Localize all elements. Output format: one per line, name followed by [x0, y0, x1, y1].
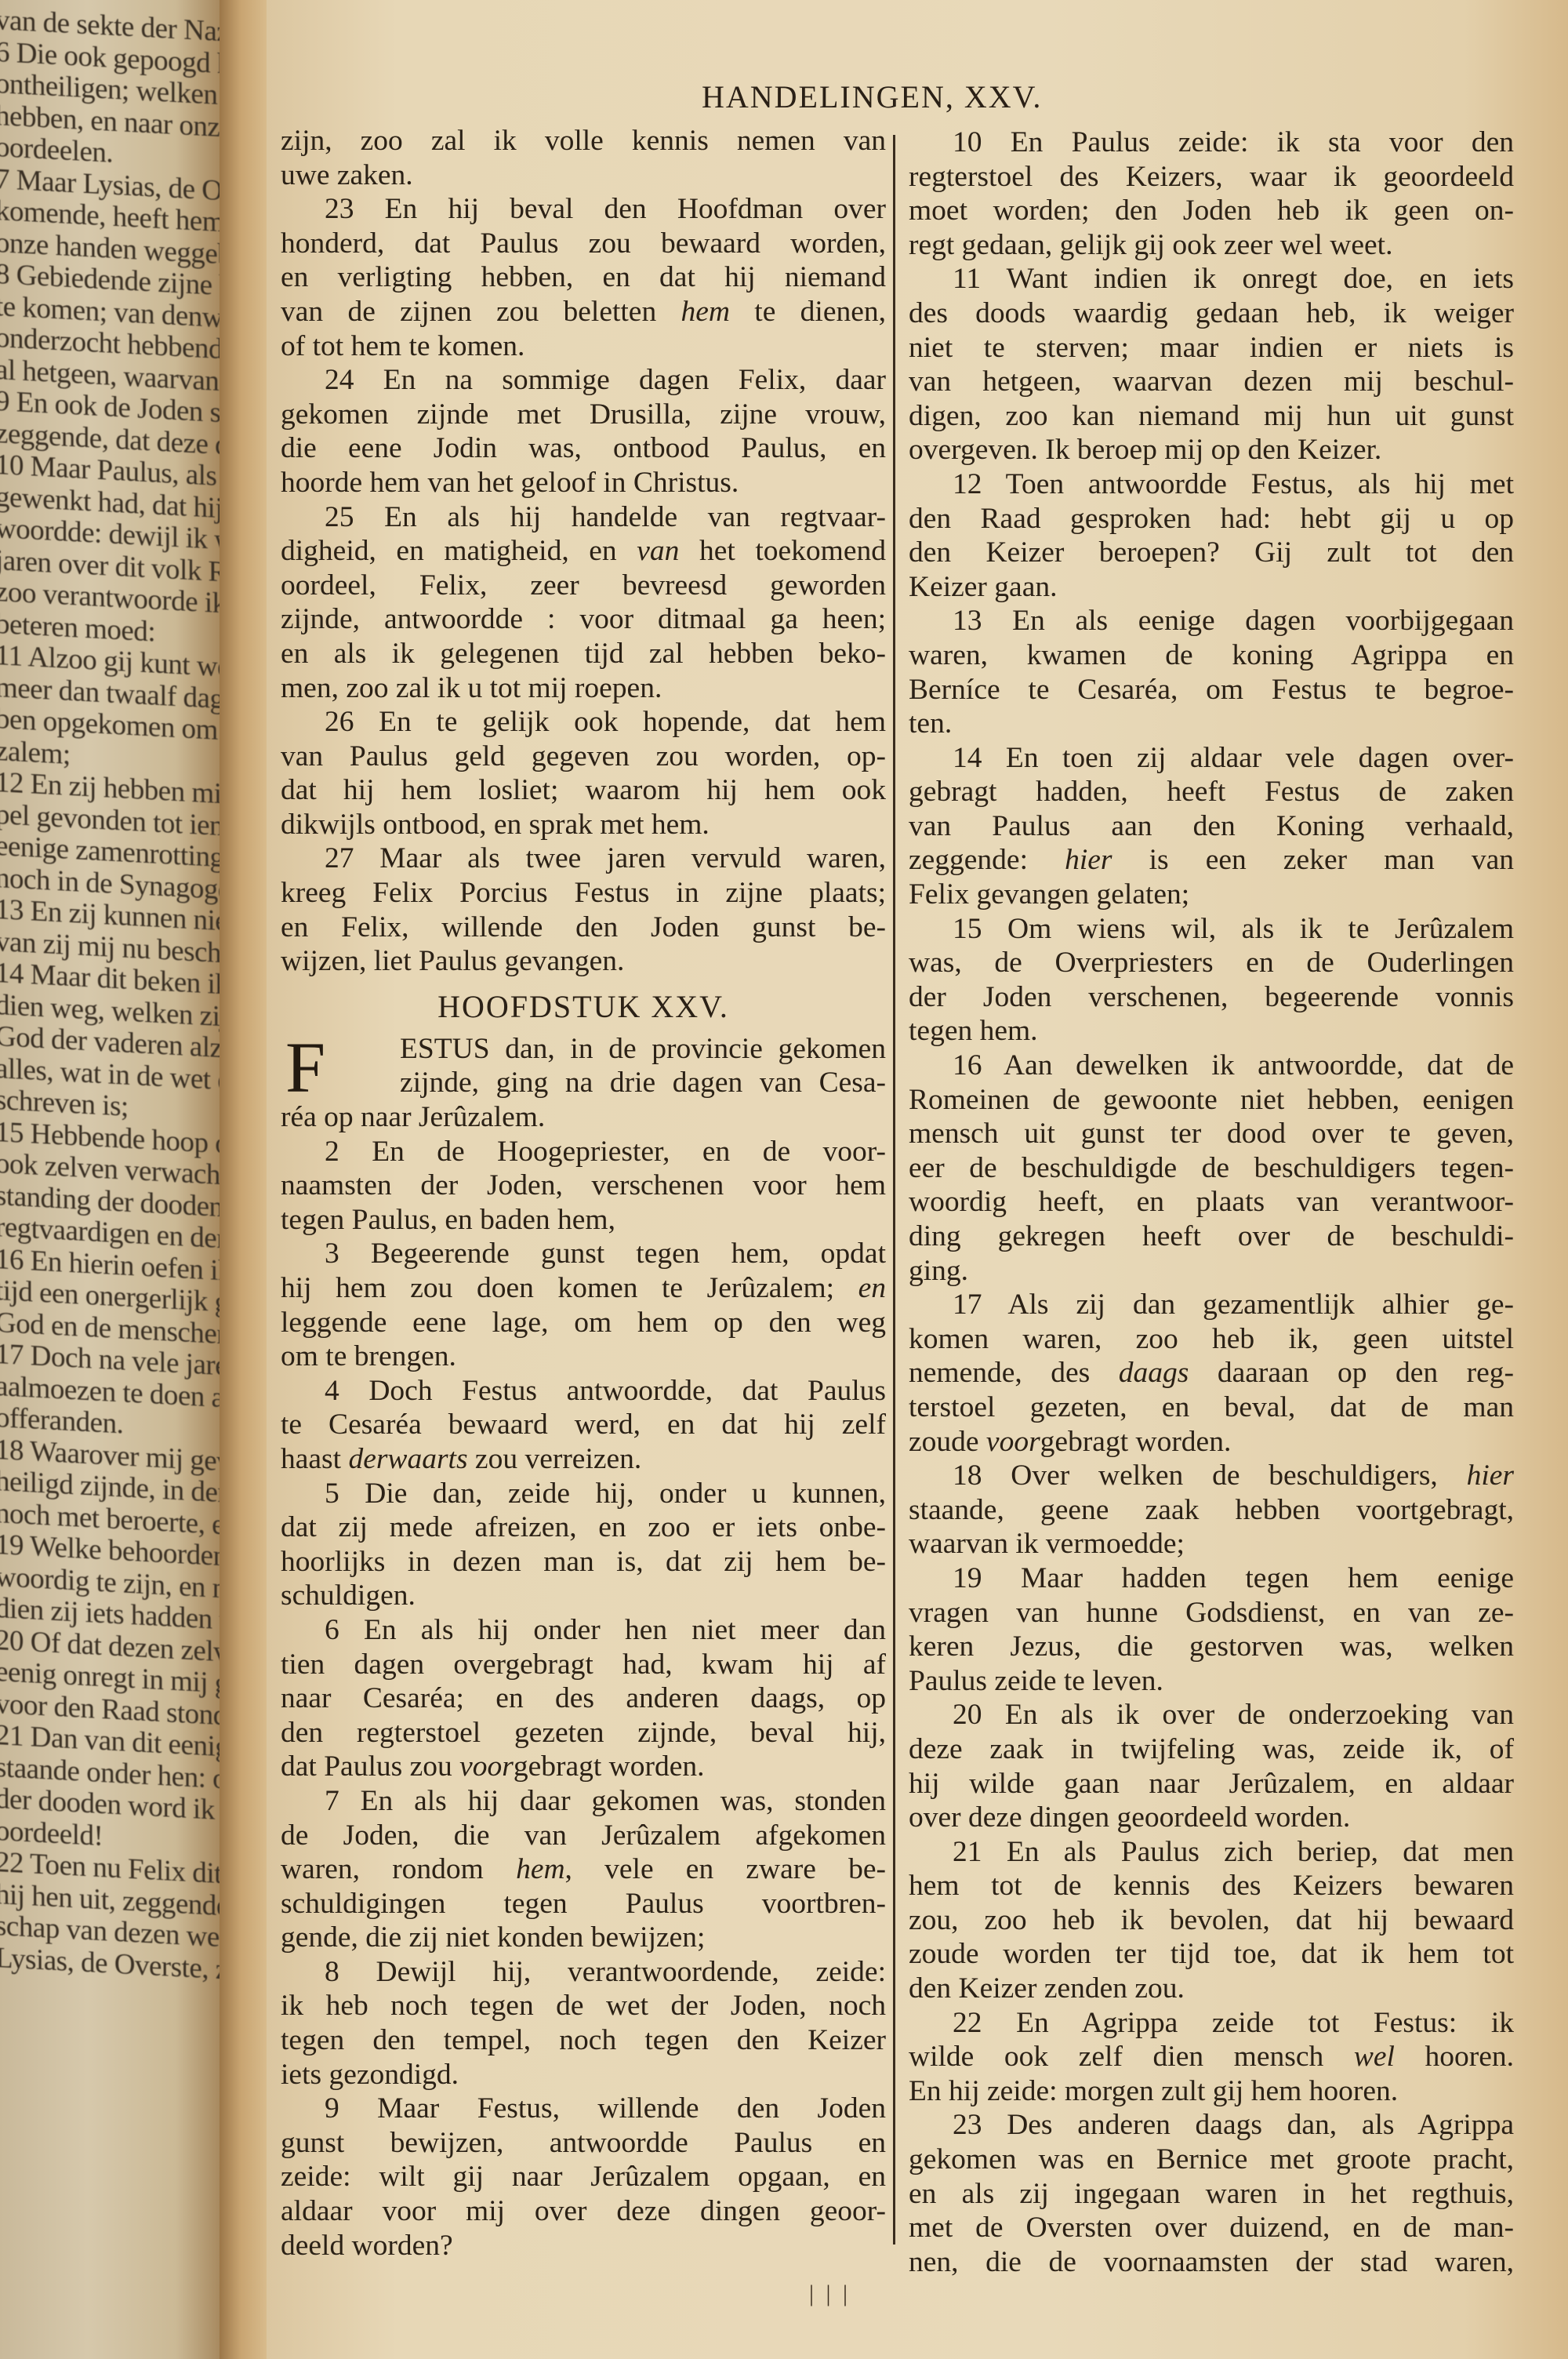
- text-line: 10 En Paulus zeide: ik sta voor den: [909, 125, 1514, 160]
- chapter-verses: ESTUS dan, in de provincie gekomenzijnde…: [281, 1032, 886, 2263]
- text-line: Berníce te Cesaréa, om Festus te begroe-: [909, 673, 1514, 707]
- text-line: wijzen, liet Paulus gevangen.: [281, 944, 886, 979]
- text-line: 23 En hij beval den Hoofdman over: [281, 192, 886, 227]
- text-line: van Paulus aan den Koning verhaald,: [909, 809, 1514, 844]
- text-line: zeide: wilt gij naar Jerûzalem opgaan, e…: [281, 2160, 886, 2194]
- italic-word: en: [858, 1272, 886, 1304]
- text-line: 26 En te gelijk ook hopende, dat hem: [281, 705, 886, 740]
- text-line: kreeg Felix Porcius Festus in zijne plaa…: [281, 876, 886, 911]
- text-line: 4 Doch Festus antwoordde, dat Paulus: [281, 1374, 886, 1408]
- text-line: zoude worden ter tijd toe, dat ik hem to…: [909, 1937, 1514, 1972]
- italic-word: hem: [681, 296, 730, 328]
- chapter-opening: F ESTUS dan, in de provincie gekomenzijn…: [281, 1032, 886, 2263]
- text-line: 8 Dewijl hij, verantwoordende, zeide:: [281, 1955, 886, 1990]
- text-line: men, zoo zal ik u tot mij roepen.: [281, 671, 886, 706]
- text-line: der Joden verschenen, begeerende vonnis: [909, 980, 1514, 1015]
- text-line: Felix gevangen gelaten;: [909, 878, 1514, 912]
- signature-mark: | | |: [809, 2281, 851, 2307]
- text-line: schuldigen.: [281, 1579, 886, 1613]
- text-line: komen waren, zoo heb ik, geen uitstel: [909, 1322, 1514, 1357]
- facing-page-text: van de sekte der Nazaréners 6 Die ook ge…: [0, 5, 220, 1986]
- text-line: mensch uit gunst ter dood over te geven,: [909, 1117, 1514, 1151]
- text-line: zijnde, antwoordde : voor ditmaal ga hee…: [281, 602, 886, 637]
- text-line: 21 En als Paulus zich beriep, dat men: [909, 1835, 1514, 1870]
- text-line: wilde ook zelf dien mensch wel hooren.: [909, 2040, 1514, 2074]
- book-gutter: [220, 0, 267, 2359]
- text-line: iets gezondigd.: [281, 2058, 886, 2092]
- text-line: vragen van hunne Godsdienst, en van ze-: [909, 1596, 1514, 1630]
- right-column-verses: 10 En Paulus zeide: ik sta voor denregte…: [909, 125, 1514, 2279]
- text-line: ik heb noch tegen de wet der Joden, noch: [281, 1989, 886, 2023]
- text-line: zou, zoo heb ik bevolen, dat hij bewaard: [909, 1903, 1514, 1938]
- text-line: leggende eene lage, om hem op den weg: [281, 1306, 886, 1340]
- text-line: ging.: [909, 1254, 1514, 1289]
- text-line: niet te sterven; maar indien er niets is: [909, 331, 1514, 365]
- text-line: naamsten der Joden, verschenen voor hem: [281, 1169, 886, 1203]
- text-line: dat zij mede afreizen, en zoo er iets on…: [281, 1510, 886, 1545]
- text-line: of tot hem te komen.: [281, 329, 886, 364]
- text-line: schuldigingen tegen Paulus voortbren-: [281, 1887, 886, 1921]
- text-line: hoorde hem van het geloof in Christus.: [281, 466, 886, 500]
- text-line: deeld worden?: [281, 2229, 886, 2263]
- text-line: 12 Toen antwoordde Festus, als hij met: [909, 467, 1514, 502]
- book-page: HANDELINGEN, XXV. zijn, zoo zal ik volle…: [267, 0, 1568, 2359]
- text-line: 14 En toen zij aldaar vele dagen over-: [909, 741, 1514, 776]
- text-line: tegen den tempel, noch tegen den Keizer: [281, 2023, 886, 2058]
- text-line: des doods waardig gedaan heb, ik weiger: [909, 296, 1514, 331]
- text-line: zoude voorgebragt worden.: [909, 1425, 1514, 1459]
- text-line: 25 En als hij handelde van regtvaar-: [281, 500, 886, 535]
- text-line: gekomen zijnde met Drusilla, zijne vrouw…: [281, 398, 886, 432]
- italic-word: voor: [986, 1426, 1040, 1458]
- text-line: tien dagen overgebragt had, kwam hij af: [281, 1648, 886, 1682]
- text-line: naar Cesaréa; en des anderen daags, op: [281, 1681, 886, 1716]
- facing-page: van de sekte der Nazaréners 6 Die ook ge…: [0, 0, 220, 2359]
- text-line: hij hem zou doen komen te Jerûzalem; en: [281, 1271, 886, 1306]
- text-line: dat Paulus zou voorgebragt worden.: [281, 1750, 886, 1784]
- italic-word: van: [637, 535, 679, 567]
- text-line: Keizer gaan.: [909, 570, 1514, 605]
- text-line: Romeinen de gewoonte niet hebben, eenige…: [909, 1083, 1514, 1118]
- text-line: nemende, des daags daaraan op den reg-: [909, 1356, 1514, 1390]
- italic-word: derwaarts: [348, 1443, 467, 1475]
- italic-word: voor: [459, 1750, 514, 1783]
- text-line: 9 Maar Festus, willende den Joden: [281, 2092, 886, 2126]
- text-line: den Raad gesproken had: hebt gij u op: [909, 502, 1514, 536]
- text-line: regterstoel des Keizers, waar ik geoorde…: [909, 160, 1514, 194]
- text-line: En hij zeide: morgen zult gij hem hooren…: [909, 2074, 1514, 2109]
- text-line: digen, zoo kan niemand mij hun uit gunst: [909, 399, 1514, 434]
- text-line: om te brengen.: [281, 1339, 886, 1374]
- text-line: hoorlijks in dezen man is, dat zij hem b…: [281, 1545, 886, 1579]
- text-line: dikwijls ontbood, en sprak met hem.: [281, 808, 886, 842]
- text-line: tegen hem.: [909, 1014, 1514, 1049]
- text-line: 19 Maar hadden tegen hem eenige: [909, 1561, 1514, 1596]
- text-line: den Keizer beroepen? Gij zult tot den: [909, 536, 1514, 570]
- text-line: regt gedaan, gelijk gij ook zeer wel wee…: [909, 228, 1514, 263]
- text-line: staande, geene zaak hebben voortgebragt,: [909, 1493, 1514, 1528]
- text-line: nen, die de voornaamsten der stad waren,: [909, 2245, 1514, 2280]
- text-line: réa op naar Jerûzalem.: [281, 1100, 886, 1135]
- text-line: 11 Want indien ik onregt doe, en iets: [909, 262, 1514, 296]
- left-column: zijn, zoo zal ik volle kennis nemen vanu…: [281, 124, 886, 2263]
- italic-word: daags: [1119, 1357, 1189, 1389]
- text-line: en als ik gelegenen tijd zal hebben beko…: [281, 637, 886, 671]
- text-line: dat hij hem losliet; waarom hij hem ook: [281, 773, 886, 808]
- text-line: 15 Om wiens wil, als ik te Jerûzalem: [909, 912, 1514, 947]
- text-line: haast derwaarts zou verreizen.: [281, 1442, 886, 1477]
- text-line: 3 Begeerende gunst tegen hem, opdat: [281, 1237, 886, 1271]
- text-line: de Joden, die van Jerûzalem afgekomen: [281, 1819, 886, 1853]
- text-line: en Felix, willende den Joden gunst be-: [281, 911, 886, 945]
- text-line: Paulus zeide te leven.: [909, 1664, 1514, 1699]
- text-line: van Paulus geld gegeven zou worden, op-: [281, 740, 886, 774]
- text-line: waren, kwamen de koning Agrippa en: [909, 638, 1514, 673]
- italic-word: hem: [516, 1853, 564, 1885]
- left-column-verses: zijn, zoo zal ik volle kennis nemen vanu…: [281, 124, 886, 979]
- text-line: die eene Jodin was, ontbood Paulus, en: [281, 431, 886, 466]
- text-line: hij wilde gaan naar Jerûzalem, en aldaar: [909, 1767, 1514, 1801]
- text-line: eer de beschuldigde de beschuldigers teg…: [909, 1151, 1514, 1186]
- text-line: 27 Maar als twee jaren vervuld waren,: [281, 841, 886, 876]
- text-line: zijn, zoo zal ik volle kennis nemen van: [281, 124, 886, 158]
- text-line: was, de Overpriesters en de Ouderlingen: [909, 946, 1514, 980]
- text-line: 20 En als ik over de onderzoeking van: [909, 1698, 1514, 1732]
- text-line: aldaar voor mij over deze dingen geoor-: [281, 2194, 886, 2229]
- text-line: 7 En als hij daar gekomen was, stonden: [281, 1784, 886, 1819]
- text-line: terstoel gezeten, en beval, dat de man: [909, 1390, 1514, 1425]
- text-line: tegen Paulus, en baden hem,: [281, 1203, 886, 1238]
- text-line: 13 En als eenige dagen voorbijgegaan: [909, 604, 1514, 638]
- text-line: waarvan ik vermoedde;: [909, 1527, 1514, 1561]
- text-line: 18 Over welken de beschuldigers, hier: [909, 1459, 1514, 1493]
- text-line: waren, rondom hem, vele en zware be-: [281, 1852, 886, 1887]
- text-line: 16 Aan dewelken ik antwoordde, dat de: [909, 1049, 1514, 1083]
- text-line: 5 Die dan, zeide hij, onder u kunnen,: [281, 1477, 886, 1511]
- text-line: digheid, en matigheid, en van het toekom…: [281, 534, 886, 569]
- text-line: oordeel, Felix, zeer bevreesd geworden: [281, 569, 886, 603]
- text-line: deze zaak in twijfeling was, zeide ik, o…: [909, 1732, 1514, 1767]
- text-line: gekomen was en Bernice met groote pracht…: [909, 2143, 1514, 2177]
- text-line: moet worden; den Joden heb ik geen on-: [909, 194, 1514, 228]
- text-line: 17 Als zij dan gezamentlijk alhier ge-: [909, 1288, 1514, 1322]
- text-line: ding gekregen heeft over de beschuldi-: [909, 1219, 1514, 1254]
- text-line: ESTUS dan, in de provincie gekomen: [281, 1032, 886, 1067]
- text-line: 6 En als hij onder hen niet meer dan: [281, 1613, 886, 1648]
- text-line: woordig heeft, en plaats van verantwoor-: [909, 1185, 1514, 1219]
- text-line: over deze dingen geoordeeld worden.: [909, 1801, 1514, 1835]
- text-line: van hetgeen, waarvan dezen mij beschul-: [909, 365, 1514, 399]
- text-line: gunst bewijzen, antwoordde Paulus en: [281, 2126, 886, 2161]
- text-line: met de Oversten over duizend, en de man-: [909, 2211, 1514, 2245]
- text-line: den regterstoel gezeten zijnde, beval hi…: [281, 1716, 886, 1750]
- text-line: gebragt hadden, heeft Festus de zaken: [909, 775, 1514, 809]
- column-rule: [893, 135, 895, 2245]
- text-line: overgeven. Ik beroep mij op den Keizer.: [909, 433, 1514, 467]
- text-line: honderd, dat Paulus zou bewaard worden,: [281, 227, 886, 261]
- text-line: 23 Des anderen daags dan, als Agrippa: [909, 2108, 1514, 2143]
- text-line: van de zijnen zou beletten hem te dienen…: [281, 295, 886, 329]
- chapter-heading: HOOFDSTUK XXV.: [281, 979, 886, 1032]
- text-line: zijnde, ging na drie dagen van Cesa-: [281, 1066, 886, 1100]
- text-line: 2 En de Hoogepriester, en de voor-: [281, 1135, 886, 1169]
- italic-word: wel: [1354, 2041, 1395, 2073]
- text-line: 24 En na sommige dagen Felix, daar: [281, 363, 886, 398]
- text-line: te Cesaréa bewaard werd, en dat hij zelf: [281, 1408, 886, 1442]
- text-line: hem tot de kennis des Keizers bewaren: [909, 1869, 1514, 1903]
- text-line: ten.: [909, 707, 1514, 741]
- drop-cap: F: [285, 1035, 325, 1100]
- text-line: uwe zaken.: [281, 158, 886, 193]
- right-column: 10 En Paulus zeide: ik sta voor denregte…: [909, 125, 1514, 2279]
- text-line: gende, die zij niet konden bewijzen;: [281, 1921, 886, 1955]
- text-line: en als zij ingegaan waren in het regthui…: [909, 2177, 1514, 2212]
- text-line: zeggende: hier is een zeker man van: [909, 843, 1514, 878]
- running-head: HANDELINGEN, XXV.: [702, 78, 1042, 115]
- text-line: keren Jezus, die gestorven was, welken: [909, 1630, 1514, 1664]
- text-line: 22 En Agrippa zeide tot Festus: ik: [909, 2006, 1514, 2041]
- text-line: en verligting hebben, en dat hij niemand: [281, 260, 886, 295]
- italic-word: hier: [1065, 844, 1112, 876]
- text-line: den Keizer zenden zou.: [909, 1972, 1514, 2006]
- italic-word: hier: [1467, 1459, 1514, 1492]
